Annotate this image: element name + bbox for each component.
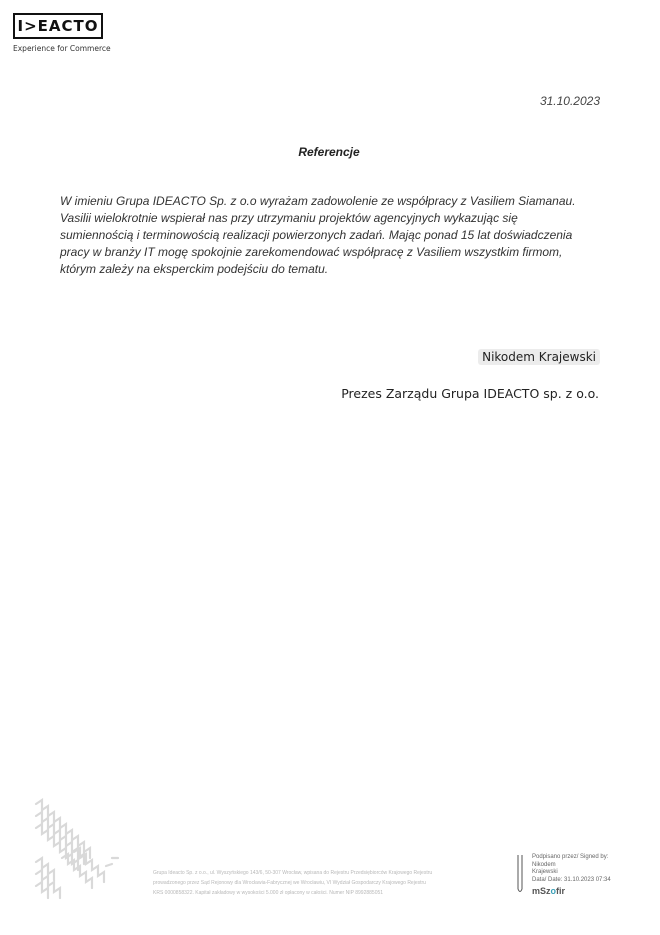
footer-line: Grupa Ideacto Sp. z o.o., ul. Wyszyńskie… <box>153 868 515 878</box>
body-line: W imieniu Grupa IDEACTO Sp. z o.o wyraża… <box>60 193 610 210</box>
e-signature-name-2: Krajewski <box>532 869 611 877</box>
e-signature-label: Podpisano przez/ Signed by: <box>532 854 611 862</box>
e-signature-date: Data/ Date: 31.10.2023 07:34 <box>532 877 611 885</box>
document-date: 31.10.2023 <box>540 94 600 108</box>
e-signature-block: Podpisano przez/ Signed by: Nikodem Kraj… <box>532 854 611 884</box>
footer-line: KRS 0000858322. Kapitał zakładowy w wyso… <box>153 888 515 898</box>
body-line: pracy w branży IT mogę spokojnie zarekom… <box>60 244 610 261</box>
brand-prefix: mSz <box>532 886 551 896</box>
decorative-chevron-icon <box>34 798 124 906</box>
signature-bracket-icon <box>516 854 524 894</box>
mszafir-logo: mSzofir <box>532 886 565 896</box>
signer-name: Nikodem Krajewski <box>478 349 600 365</box>
e-signature-name-1: Nikodem <box>532 862 611 870</box>
body-line: Vasilii wielokrotnie wspierał nas przy u… <box>60 210 610 227</box>
footer-line: prowadzonego przez Sąd Rejonowy dla Wroc… <box>153 878 515 888</box>
letter-body: W imieniu Grupa IDEACTO Sp. z o.o wyraża… <box>60 193 610 278</box>
logo-tagline: Experience for Commerce <box>13 44 111 53</box>
signer-position: Prezes Zarządu Grupa IDEACTO sp. z o.o. <box>341 386 599 401</box>
company-logo: I>EACTO <box>13 13 103 39</box>
brand-suffix: fir <box>556 886 565 896</box>
body-line: sumiennością i terminowością realizacji … <box>60 227 610 244</box>
company-footer: Grupa Ideacto Sp. z o.o., ul. Wyszyńskie… <box>153 868 515 898</box>
logo-text: I>EACTO <box>18 17 99 35</box>
body-line: którym zależy na eksperckim podejściu do… <box>60 261 610 278</box>
title-text: Referencje <box>298 145 359 159</box>
document-title: Referencje <box>0 145 660 159</box>
